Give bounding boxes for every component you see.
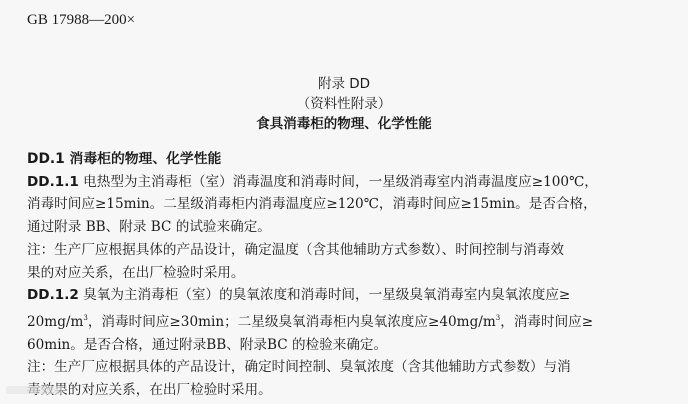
clause-note: 注：生产厂应根据具体的产品设计，确定温度（含其他辅助方式参数）、时间控制与消毒效 [27,239,667,262]
clause-note: 毒效果的对应关系，在出厂检验时采用。 [27,379,667,402]
clause-text: 电热型为主消毒柜（室）消毒温度和消毒时间，一星级消毒室内消毒温度应≥100℃， [83,174,598,190]
clause-note: 注：生产厂应根据具体的产品设计，确定时间控制、臭氧浓度（含其他辅助方式参数）与消 [27,356,667,379]
clause-note: 果的对应关系，在出厂检验时采用。 [27,262,667,285]
clause-number: DD.1.2 [27,287,79,303]
standard-code: GB 17988—200× [27,12,135,29]
clause-dd-1-1: DD.1.1 电热型为主消毒柜（室）消毒温度和消毒时间，一星级消毒室内消毒温度应… [27,171,667,285]
appendix-type: （资料性附录） [0,94,688,114]
section-heading: DD.1 消毒柜的物理、化学性能 [27,148,667,171]
clause-text-with-units: 20mg/m3，消毒时间应≥30min；二星级臭氧消毒柜内臭氧浓度应≥40mg/… [27,307,667,334]
appendix-label: 附录 DD [0,74,688,94]
appendix-title: 食具消毒柜的物理、化学性能 [0,114,688,134]
appendix-title-block: 附录 DD （资料性附录） 食具消毒柜的物理、化学性能 [0,74,688,134]
clause-text: ，消毒时间应≥30min；二星级臭氧消毒柜内臭氧浓度应≥40mg/m [88,314,496,330]
clause-text: 臭氧为主消毒柜（室）的臭氧浓度和消毒时间，一星级臭氧消毒室内臭氧浓度应≥ [83,287,570,303]
watermark [6,386,62,394]
unit-text: 20mg/m [27,314,83,330]
clause-text: 60min。是否合格，通过附录BB、附录BC 的检验来确定。 [27,334,667,357]
document-body: DD.1 消毒柜的物理、化学性能 DD.1.1 电热型为主消毒柜（室）消毒温度和… [27,148,667,402]
clause-text: ，消毒时间应≥ [500,314,593,330]
clause-text: 消毒时间应≥15min。二星级消毒柜内消毒温度应≥120℃，消毒时间应≥15mi… [27,193,667,216]
clause-dd-1-2: DD.1.2 臭氧为主消毒柜（室）的臭氧浓度和消毒时间，一星级臭氧消毒室内臭氧浓… [27,284,667,402]
clause-text: 通过附录 BB、附录 BC 的试验来确定。 [27,216,667,239]
clause-number: DD.1.1 [27,174,79,190]
